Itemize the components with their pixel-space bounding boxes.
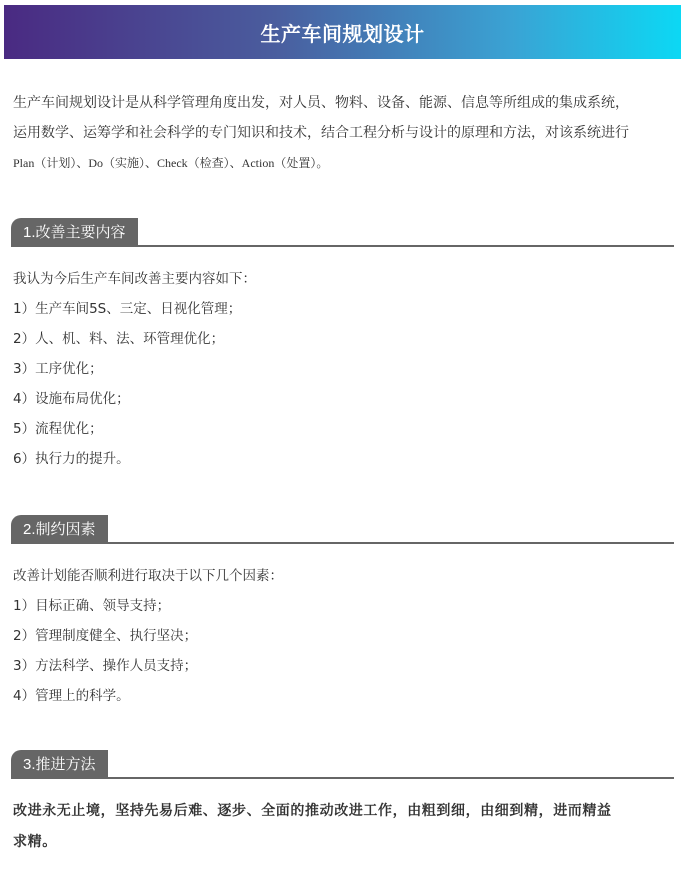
list-item: 3）工序优化； [13, 354, 678, 384]
list-item: 1）目标正确、领导支持； [13, 591, 678, 621]
list-item: 2）管理制度健全、执行坚决； [13, 621, 678, 651]
section-1-content: 我认为今后生产车间改善主要内容如下： 1）生产车间5S、三定、日视化管理； 2）… [13, 264, 678, 474]
section-heading-3: 3.推进方法 [11, 750, 674, 780]
paragraph-line: 求精。 [13, 827, 678, 858]
section-lead: 改善计划能否顺利进行取决于以下几个因素： [13, 561, 678, 591]
list-item: 1）生产车间5S、三定、日视化管理； [13, 294, 678, 324]
section-heading-2: 2.制约因素 [11, 515, 674, 545]
section-divider [11, 777, 674, 779]
intro-paragraph: 生产车间规划设计是从科学管理角度出发，对人员、物料、设备、能源、信息等所组成的集… [13, 88, 678, 178]
section-heading-tab: 1.改善主要内容 [11, 218, 138, 247]
section-heading-1: 1.改善主要内容 [11, 218, 674, 248]
list-item: 2）人、机、料、法、环管理优化； [13, 324, 678, 354]
page-title: 生产车间规划设计 [261, 18, 425, 47]
list-item: 4）设施布局优化； [13, 384, 678, 414]
section-3-paragraph: 改进永无止境，坚持先易后难、逐步、全面的推动改进工作，由粗到细，由细到精，进而精… [13, 796, 678, 858]
intro-line: 运用数学、运筹学和社会科学的专门知识和技术，结合工程分析与设计的原理和方法，对该… [13, 118, 678, 148]
section-heading-tab: 2.制约因素 [11, 515, 108, 544]
section-2-content: 改善计划能否顺利进行取决于以下几个因素： 1）目标正确、领导支持； 2）管理制度… [13, 561, 678, 711]
list-item: 4）管理上的科学。 [13, 681, 678, 711]
paragraph-line: 改进永无止境，坚持先易后难、逐步、全面的推动改进工作，由粗到细，由细到精，进而精… [13, 796, 678, 827]
intro-line: 生产车间规划设计是从科学管理角度出发，对人员、物料、设备、能源、信息等所组成的集… [13, 88, 678, 118]
list-item: 6）执行力的提升。 [13, 444, 678, 474]
section-lead: 我认为今后生产车间改善主要内容如下： [13, 264, 678, 294]
list-item: 5）流程优化； [13, 414, 678, 444]
title-banner: 生产车间规划设计 [4, 5, 681, 59]
list-item: 3）方法科学、操作人员支持； [13, 651, 678, 681]
section-divider [11, 542, 674, 544]
section-heading-tab: 3.推进方法 [11, 750, 108, 779]
intro-line: Plan（计划）、Do（实施）、Check（检查）、Action（处置）。 [13, 148, 678, 178]
